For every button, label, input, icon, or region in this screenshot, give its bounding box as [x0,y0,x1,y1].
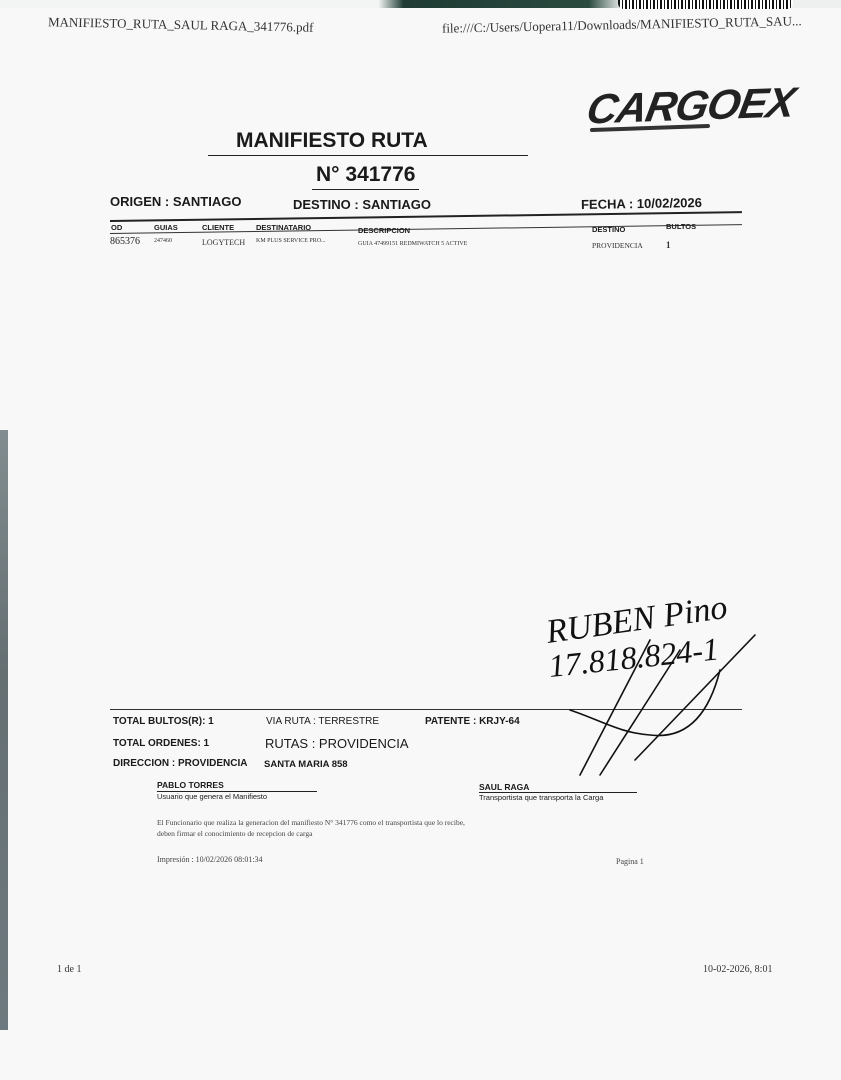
fecha: FECHA : 10/02/2026 [581,195,702,212]
column-header-bultos: BULTOS [666,222,696,231]
note-line-1: El Funcionario que realiza la generacion… [157,818,465,827]
manifest-number: N° 341776 [316,163,415,187]
print-file-name: MANIFIESTO_RUTA_SAUL RAGA_341776.pdf [48,14,314,36]
direccion-label: DIRECCION : PROVIDENCIA [113,758,247,769]
note-line-2: deben firmar el conocimiento de recepcio… [157,829,312,838]
origen: ORIGEN : SANTIAGO [110,194,241,209]
background-edge [0,430,8,1030]
cell-descripcion: GUIA 47499151 REDMIWATCH 5 ACTIVE [358,241,467,247]
signer-left-name: PABLO TORRES [157,780,224,790]
divider [312,189,419,190]
cell-bultos: 1 [666,240,671,250]
cell-guias: 247460 [154,238,172,244]
divider [208,155,528,156]
cell-destino: PROVIDENCIA [592,241,643,250]
column-header-destinatario: DESTINATARIO [256,223,311,232]
column-header-od: OD [111,223,122,232]
document-title: MANIFIESTO RUTA [236,129,428,153]
cell-cliente: LOGYTECH [202,238,245,247]
signer-right-role: Transportista que transporta la Carga [479,793,603,802]
total-bultos: TOTAL BULTOS(R): 1 [113,716,214,727]
handwritten-signature: RUBEN Pino 17.818.824-1 [540,595,810,785]
print-datetime: 10-02-2026, 8:01 [703,964,772,975]
direccion-value: SANTA MARIA 858 [264,759,348,770]
column-header-destino: DESTINO [592,225,625,234]
cell-destinatario: KM PLUS SERVICE PRO... [256,238,326,244]
print-file-url: file:///C:/Users/Uopera11/Downloads/MANI… [442,13,802,37]
total-ordenes: TOTAL ORDENES: 1 [113,738,209,749]
destino: DESTINO : SANTIAGO [293,197,431,212]
impresion-timestamp: Impresión : 10/02/2026 08:01:34 [157,855,263,864]
patente: PATENTE : KRJY-64 [425,716,520,727]
table-border [110,211,742,222]
page-label: Pagina 1 [616,857,644,866]
column-header-guias: GUIAS [154,223,178,232]
column-header-cliente: CLIENTE [202,223,234,232]
signer-right-name: SAUL RAGA [479,782,529,792]
page-count: 1 de 1 [57,964,81,975]
barcode-icon [618,0,793,9]
via-ruta: VIA RUTA : TERRESTRE [266,716,379,727]
signer-left-role: Usuario que genera el Manifiesto [157,792,267,801]
rutas: RUTAS : PROVIDENCIA [265,736,409,751]
cell-od: 865376 [110,236,140,247]
column-header-descripcion: DESCRIPCION [358,226,410,235]
